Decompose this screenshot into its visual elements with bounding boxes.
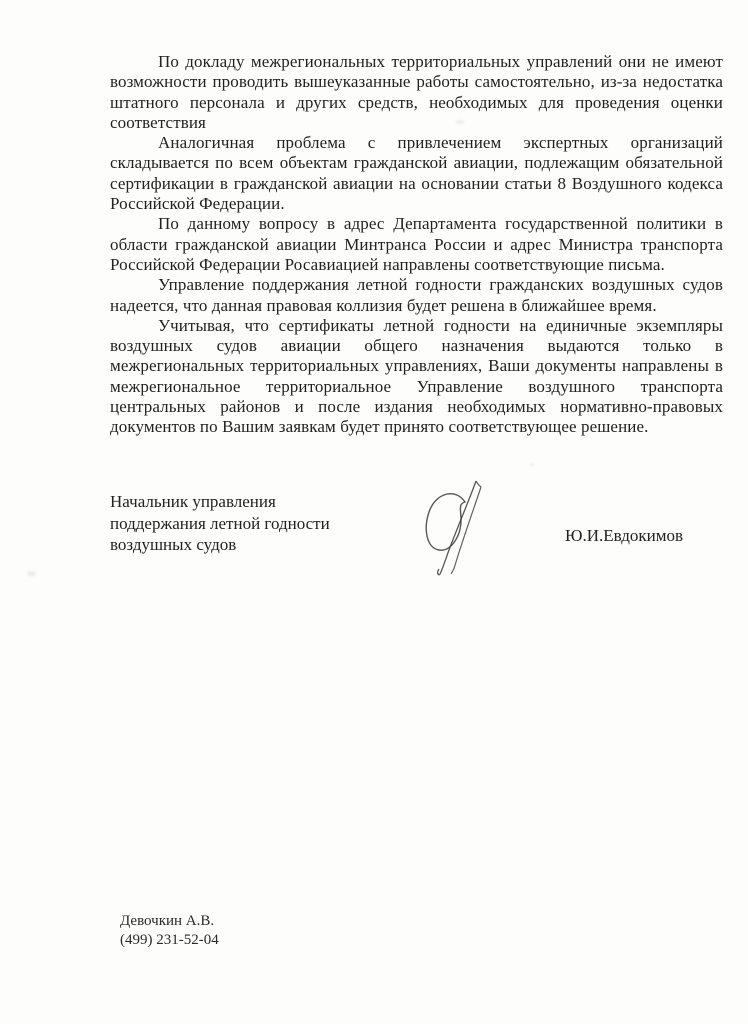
scan-speck xyxy=(27,571,36,576)
signer-name: Ю.И.Евдокимов xyxy=(565,526,683,546)
executor-contact: Девочкин А.В. (499) 231-52-04 xyxy=(120,912,219,949)
executor-name: Девочкин А.В. xyxy=(120,912,219,931)
executor-phone: (499) 231-52-04 xyxy=(120,931,219,950)
scan-speck xyxy=(456,120,464,124)
signer-title-line-2: поддержания летной годности xyxy=(110,513,390,535)
scanned-letter-page: По докладу межрегиональных территориальн… xyxy=(0,0,748,1024)
signer-title-line-3: воздушных судов xyxy=(110,534,390,556)
handwritten-signature-icon xyxy=(418,478,496,578)
paragraph-3: По данному вопросу в адрес Департамента … xyxy=(110,214,723,275)
paragraph-1: По докладу межрегиональных территориальн… xyxy=(110,52,723,133)
paragraph-4: Управление поддержания летной годности г… xyxy=(110,275,723,316)
signer-title-line-1: Начальник управления xyxy=(110,491,390,513)
paragraph-2: Аналогичная проблема с привлечением эксп… xyxy=(110,133,723,214)
signer-title: Начальник управления поддержания летной … xyxy=(110,491,390,556)
paragraph-5: Учитывая, что сертификаты летной годност… xyxy=(110,316,723,438)
letter-body: По докладу межрегиональных территориальн… xyxy=(110,52,723,438)
scan-speck xyxy=(530,463,534,466)
